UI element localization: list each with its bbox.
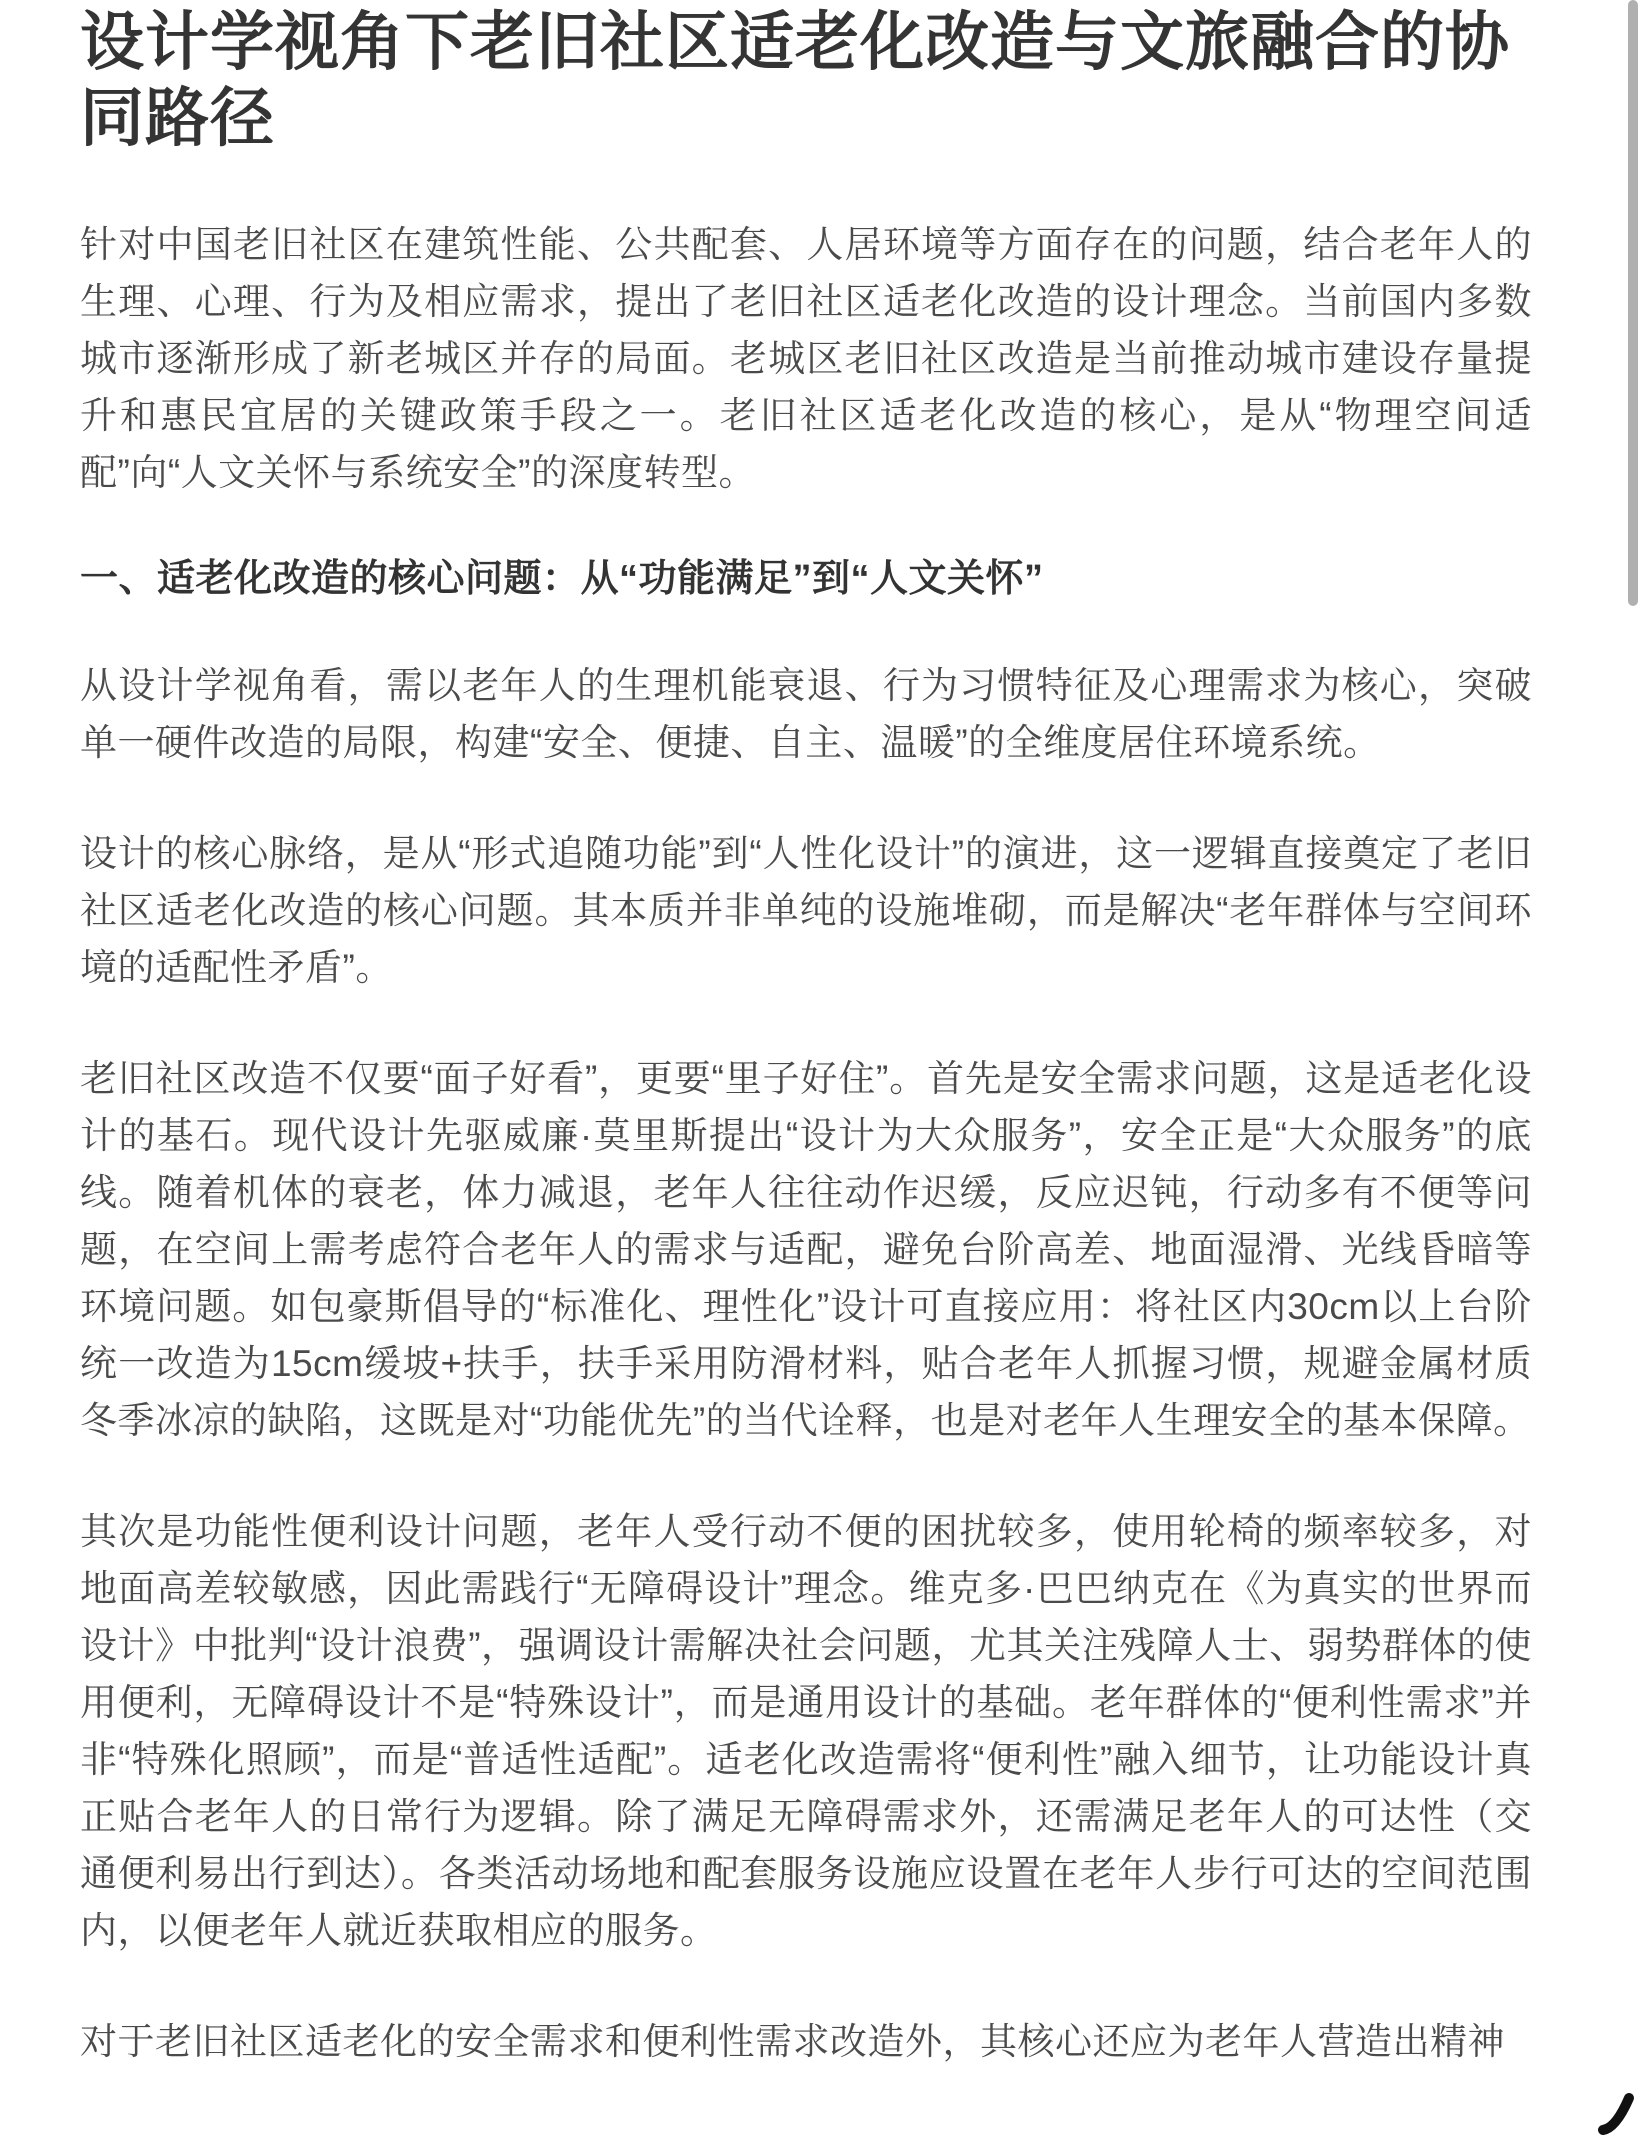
section-1-heading: 一、适老化改造的核心问题：从“功能满足”到“人文关怀” [80,555,1532,603]
article-page: 设计学视角下老旧社区适老化改造与文旅融合的协同路径 针对中国老旧社区在建筑性能、… [80,0,1532,2070]
section-1-paragraph-2: 设计的核心脉络，是从“形式追随功能”到“人性化设计”的演进，这一逻辑直接奠定了老… [80,825,1532,996]
intro-paragraph: 针对中国老旧社区在建筑性能、公共配套、人居环境等方面存在的问题，结合老年人的生理… [80,216,1532,501]
article-title: 设计学视角下老旧社区适老化改造与文旅融合的协同路径 [80,0,1532,156]
scrollbar-thumb[interactable] [1628,0,1638,606]
section-1-paragraph-5-truncated: 对于老旧社区适老化的安全需求和便利性需求改造外，其核心还应为老年人营造出精神 [80,2013,1532,2070]
pen-stroke-icon [1596,2088,1640,2136]
section-1-paragraph-1: 从设计学视角看，需以老年人的生理机能衰退、行为习惯特征及心理需求为核心，突破单一… [80,657,1532,771]
section-1-paragraph-4: 其次是功能性便利设计问题，老年人受行动不便的困扰较多，使用轮椅的频率较多，对地面… [80,1503,1532,1959]
section-1-paragraph-3: 老旧社区改造不仅要“面子好看”，更要“里子好住”。首先是安全需求问题，这是适老化… [80,1050,1532,1449]
